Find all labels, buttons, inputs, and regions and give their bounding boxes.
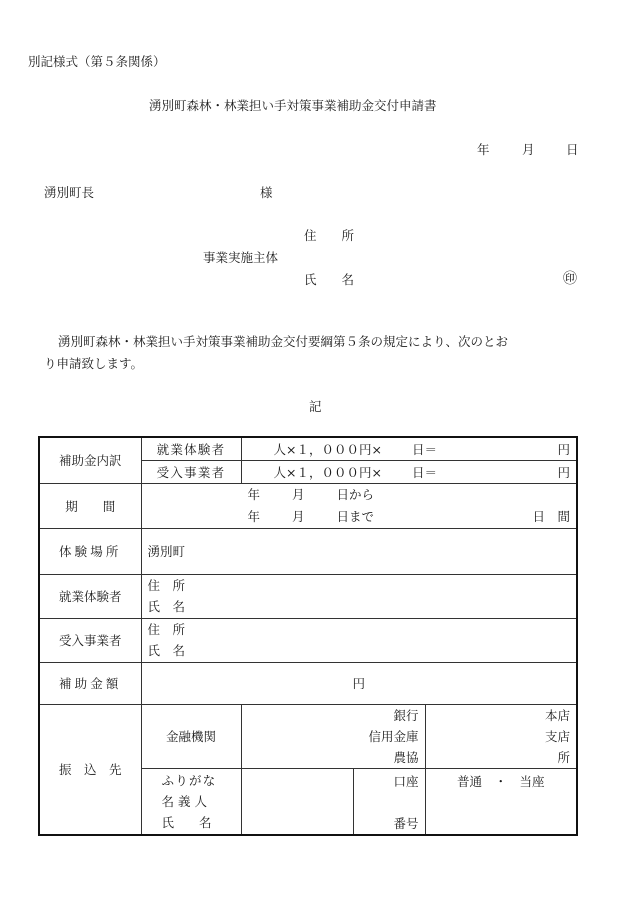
addressee: 湧別町長 [44, 183, 94, 201]
location-label: 体験場所 [39, 528, 141, 574]
host-value[interactable]: 住 所 氏 名 [141, 618, 577, 662]
host-address-label: 住 所 [148, 619, 571, 640]
trainee-value[interactable]: 住 所 氏 名 [141, 574, 577, 618]
period-days: 日 間 [533, 506, 571, 528]
applicant-address-label: 住 所 [304, 226, 354, 244]
location-value[interactable]: 湧別町 [141, 528, 577, 574]
subsidy-trainee-calc[interactable]: 人×１，０００円× 日＝ 円 [241, 437, 577, 460]
date-month: 月 [522, 140, 535, 158]
branch-name[interactable]: 本店 支店 所 [425, 704, 577, 768]
honorific: 様 [260, 183, 273, 201]
institution-name[interactable]: 銀行 信用金庫 農協 [241, 704, 425, 768]
host-label: 受入事業者 [39, 618, 141, 662]
date-day: 日 [566, 140, 579, 158]
trainee-label: 就業体験者 [39, 574, 141, 618]
holder-name-input[interactable] [241, 768, 353, 835]
holder-labels: ふりがな 名 義 人 氏 名 [141, 768, 241, 835]
application-table: 補助金内訳 就業体験者 人×１，０００円× 日＝ 円 受入事業者 人×１，０００… [38, 436, 578, 836]
body-text-line2: り申請致します。 [44, 354, 143, 372]
period-label: 期 間 [39, 483, 141, 528]
subsidy-trainee-label: 就業体験者 [141, 437, 241, 460]
date-year: 年 [477, 140, 490, 158]
account-type[interactable]: 普通 ・ 当座 [425, 768, 577, 835]
applicant-name-label: 氏 名 [304, 270, 354, 288]
seal-mark: ㊞ [563, 268, 577, 288]
account-number-label[interactable]: 口座 番号 [353, 768, 425, 835]
amount-label: 補助金額 [39, 662, 141, 704]
ki-heading: 記 [309, 397, 322, 415]
amount-row: 補助金額 円 [39, 662, 577, 704]
subsidy-breakdown-label: 補助金内訳 [39, 437, 141, 483]
host-name-label: 氏 名 [148, 640, 571, 661]
trainee-name-label: 氏 名 [148, 596, 571, 617]
institution-label: 金融機関 [141, 704, 241, 768]
document-title: 湧別町森林・林業担い手対策事業補助金交付申請書 [149, 96, 437, 114]
period-row: 期 間 年 月 日から 年 月 日まで 日 間 [39, 483, 577, 528]
subsidy-row-trainee: 補助金内訳 就業体験者 人×１，０００円× 日＝ 円 [39, 437, 577, 460]
form-reference: 別記様式（第５条関係） [28, 52, 166, 70]
applicant-label: 事業実施主体 [203, 248, 278, 266]
subsidy-host-calc[interactable]: 人×１，０００円× 日＝ 円 [241, 460, 577, 483]
amount-value[interactable]: 円 [141, 662, 577, 704]
body-text-line1: 湧別町森林・林業担い手対策事業補助金交付要綱第５条の規定により、次のとお [58, 332, 508, 350]
trainee-row: 就業体験者 住 所 氏 名 [39, 574, 577, 618]
subsidy-host-label: 受入事業者 [141, 460, 241, 483]
location-row: 体験場所 湧別町 [39, 528, 577, 574]
trainee-address-label: 住 所 [148, 575, 571, 596]
host-row: 受入事業者 住 所 氏 名 [39, 618, 577, 662]
transfer-label: 振 込 先 [39, 704, 141, 835]
transfer-row-institution: 振 込 先 金融機関 銀行 信用金庫 農協 本店 支店 所 [39, 704, 577, 768]
period-value[interactable]: 年 月 日から 年 月 日まで 日 間 [141, 483, 577, 528]
